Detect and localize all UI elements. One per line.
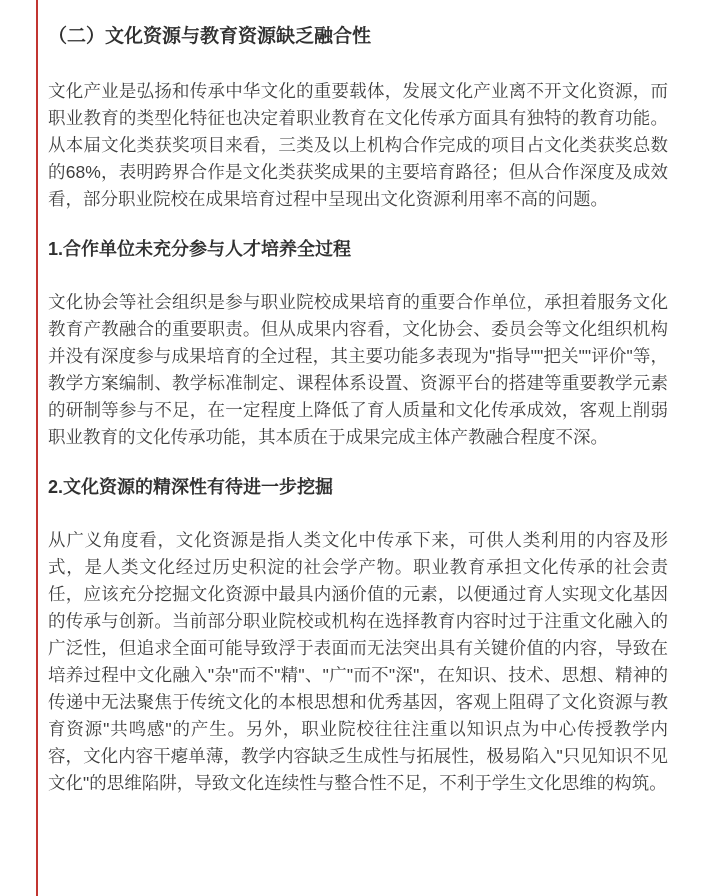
subheading-2: 2.文化资源的精深性有待进一步挖掘 (48, 475, 668, 499)
subheading-1: 1.合作单位未充分参与人才培养全过程 (48, 237, 668, 261)
article-content: （二）文化资源与教育资源缺乏融合性 文化产业是弘扬和传承中华文化的重要载体，发展… (48, 0, 668, 797)
paragraph-1: 文化协会等社会组织是参与职业院校成果培育的重要合作单位，承担着服务文化教育产教融… (48, 289, 668, 451)
section-heading: （二）文化资源与教育资源缺乏融合性 (48, 24, 668, 50)
article-page: （二）文化资源与教育资源缺乏融合性 文化产业是弘扬和传承中华文化的重要载体，发展… (0, 0, 702, 896)
paragraph-2: 从广义角度看，文化资源是指人类文化中传承下来，可供人类利用的内容及形式，是人类文… (48, 527, 668, 797)
left-accent-line (36, 0, 38, 896)
paragraph-intro: 文化产业是弘扬和传承中华文化的重要载体，发展文化产业离不开文化资源，而职业教育的… (48, 78, 668, 213)
